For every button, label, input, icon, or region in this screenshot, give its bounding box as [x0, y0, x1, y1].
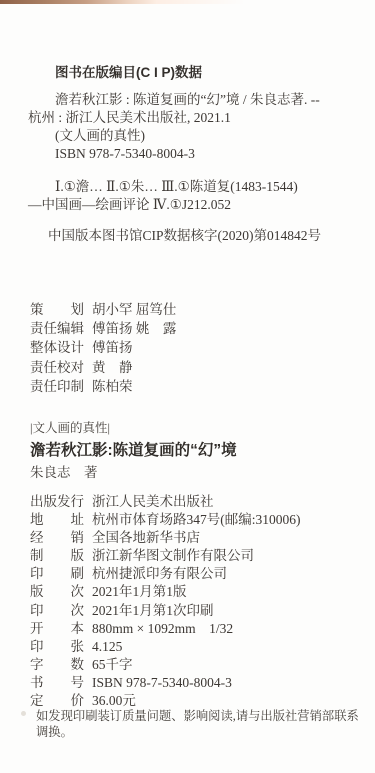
colophon-field-value: 4.125: [92, 639, 122, 654]
colophon-field-value: 880mm × 1092mm 1/32: [92, 621, 233, 636]
cip-classification-line-1: Ⅰ.①澹… Ⅱ.①朱… Ⅲ.①陈道复(1483-1544): [55, 178, 369, 196]
cip-series-note: (文人画的真性): [55, 127, 369, 145]
credit-role-label: 责任印制: [30, 379, 84, 394]
colophon-field-label: 字 数: [30, 657, 84, 672]
book-copyright-page: 图书在版编目(C I P)数据 澹若秋江影 : 陈道复画的“幻”境 / 朱良志著…: [0, 0, 375, 773]
credit-row: 责任编辑傅笛扬 姚 露: [30, 319, 176, 338]
colophon-field-label: 定 价: [30, 693, 84, 708]
credit-person-names: 黄 静: [92, 360, 133, 375]
colophon-field-label: 制 版: [30, 548, 84, 563]
colophon-field-value: 浙江人民美术出版社: [92, 494, 214, 509]
credit-role-label: 整体设计: [30, 340, 84, 355]
cip-classification-line-2: —中国画—绘画评论 Ⅳ.①J212.052: [28, 196, 369, 214]
credit-row: 整体设计傅笛扬: [30, 338, 176, 357]
series-title: |文人画的真性|: [30, 420, 237, 436]
colophon-field-label: 版 次: [30, 584, 84, 599]
credit-role-label: 责任编辑: [30, 321, 84, 336]
colophon-row: 印 次2021年1月第1次印刷: [30, 602, 369, 620]
colophon-field-label: 经 销: [30, 530, 84, 545]
credit-person-names: 胡小罕 屈笃仕: [92, 302, 176, 317]
colophon-field-value: 65千字: [92, 657, 133, 672]
colophon-row: 经 销全国各地新华书店: [30, 529, 369, 547]
quality-exchange-note: 如发现印刷装订质量问题、影响阅读,请与出版社营销部联系调换。: [36, 708, 371, 740]
author-line: 朱良志 著: [30, 464, 237, 482]
colophon-row: 出版发行浙江人民美术出版社: [30, 493, 369, 511]
colophon-field-value: 全国各地新华书店: [92, 530, 200, 545]
credit-row: 责任印制陈柏荣: [30, 377, 176, 396]
credit-row: 责任校对黄 静: [30, 358, 176, 377]
colophon-row: 制 版浙江新华图文制作有限公司: [30, 547, 369, 565]
colophon-row: 地 址杭州市体育场路347号(邮编:310006): [30, 511, 369, 529]
credit-person-names: 陈柏荣: [92, 379, 133, 394]
colophon-field-label: 印 次: [30, 603, 84, 618]
book-title: 澹若秋江影:陈道复画的“幻”境: [30, 440, 237, 461]
cip-isbn-line: ISBN 978-7-5340-8004-3: [55, 145, 369, 163]
colophon-field-value: 杭州捷派印务有限公司: [92, 566, 227, 581]
colophon-row: 字 数65千字: [30, 656, 369, 674]
page-top-edge-shadow: [0, 0, 245, 4]
credit-person-names: 傅笛扬 姚 露: [92, 321, 176, 336]
title-block: |文人画的真性| 澹若秋江影:陈道复画的“幻”境 朱良志 著: [30, 420, 237, 482]
colophon-field-label: 书 号: [30, 675, 84, 690]
colophon-field-value: 杭州市体育场路347号(邮编:310006): [92, 512, 301, 527]
colophon-field-value: 浙江新华图文制作有限公司: [92, 548, 254, 563]
colophon-row: 印 刷杭州捷派印务有限公司: [30, 565, 369, 583]
cip-data-section: 图书在版编目(C I P)数据 澹若秋江影 : 陈道复画的“幻”境 / 朱良志著…: [28, 64, 369, 245]
colophon-row: 版 次2021年1月第1版: [30, 583, 369, 601]
colophon-row: 书 号ISBN 978-7-5340-8004-3: [30, 674, 369, 692]
colophon-field-label: 开 本: [30, 621, 84, 636]
colophon-field-value: 2021年1月第1版: [92, 584, 187, 599]
colophon-field-value: 2021年1月第1次印刷: [92, 603, 214, 618]
colophon-field-value: 36.00元: [92, 693, 136, 708]
cip-bib-line-1: 澹若秋江影 : 陈道复画的“幻”境 / 朱良志著. --: [55, 91, 369, 109]
cip-header: 图书在版编目(C I P)数据: [55, 64, 369, 82]
cip-bib-line-2: 杭州 : 浙江人民美术出版社, 2021.1: [28, 109, 369, 127]
credit-role-label: 策 划: [30, 302, 84, 317]
cip-registry-line: 中国版本图书馆CIP数据核字(2020)第014842号: [48, 227, 369, 245]
colophon-field-label: 印 张: [30, 639, 84, 654]
colophon-field-label: 印 刷: [30, 566, 84, 581]
colophon-field-value: ISBN 978-7-5340-8004-3: [92, 675, 232, 690]
colophon-row: 印 张4.125: [30, 638, 369, 656]
staff-credits-section: 策 划胡小罕 屈笃仕 责任编辑傅笛扬 姚 露 整体设计傅笛扬 责任校对黄 静 责…: [30, 300, 176, 396]
credit-role-label: 责任校对: [30, 360, 84, 375]
credit-person-names: 傅笛扬: [92, 340, 133, 355]
colophon-row: 开 本880mm × 1092mm 1/32: [30, 620, 369, 638]
colophon-field-label: 地 址: [30, 512, 84, 527]
colophon-section: 出版发行浙江人民美术出版社 地 址杭州市体育场路347号(邮编:310006) …: [30, 493, 369, 710]
credit-row: 策 划胡小罕 屈笃仕: [30, 300, 176, 319]
print-speck: [21, 711, 26, 716]
colophon-field-label: 出版发行: [30, 494, 84, 509]
